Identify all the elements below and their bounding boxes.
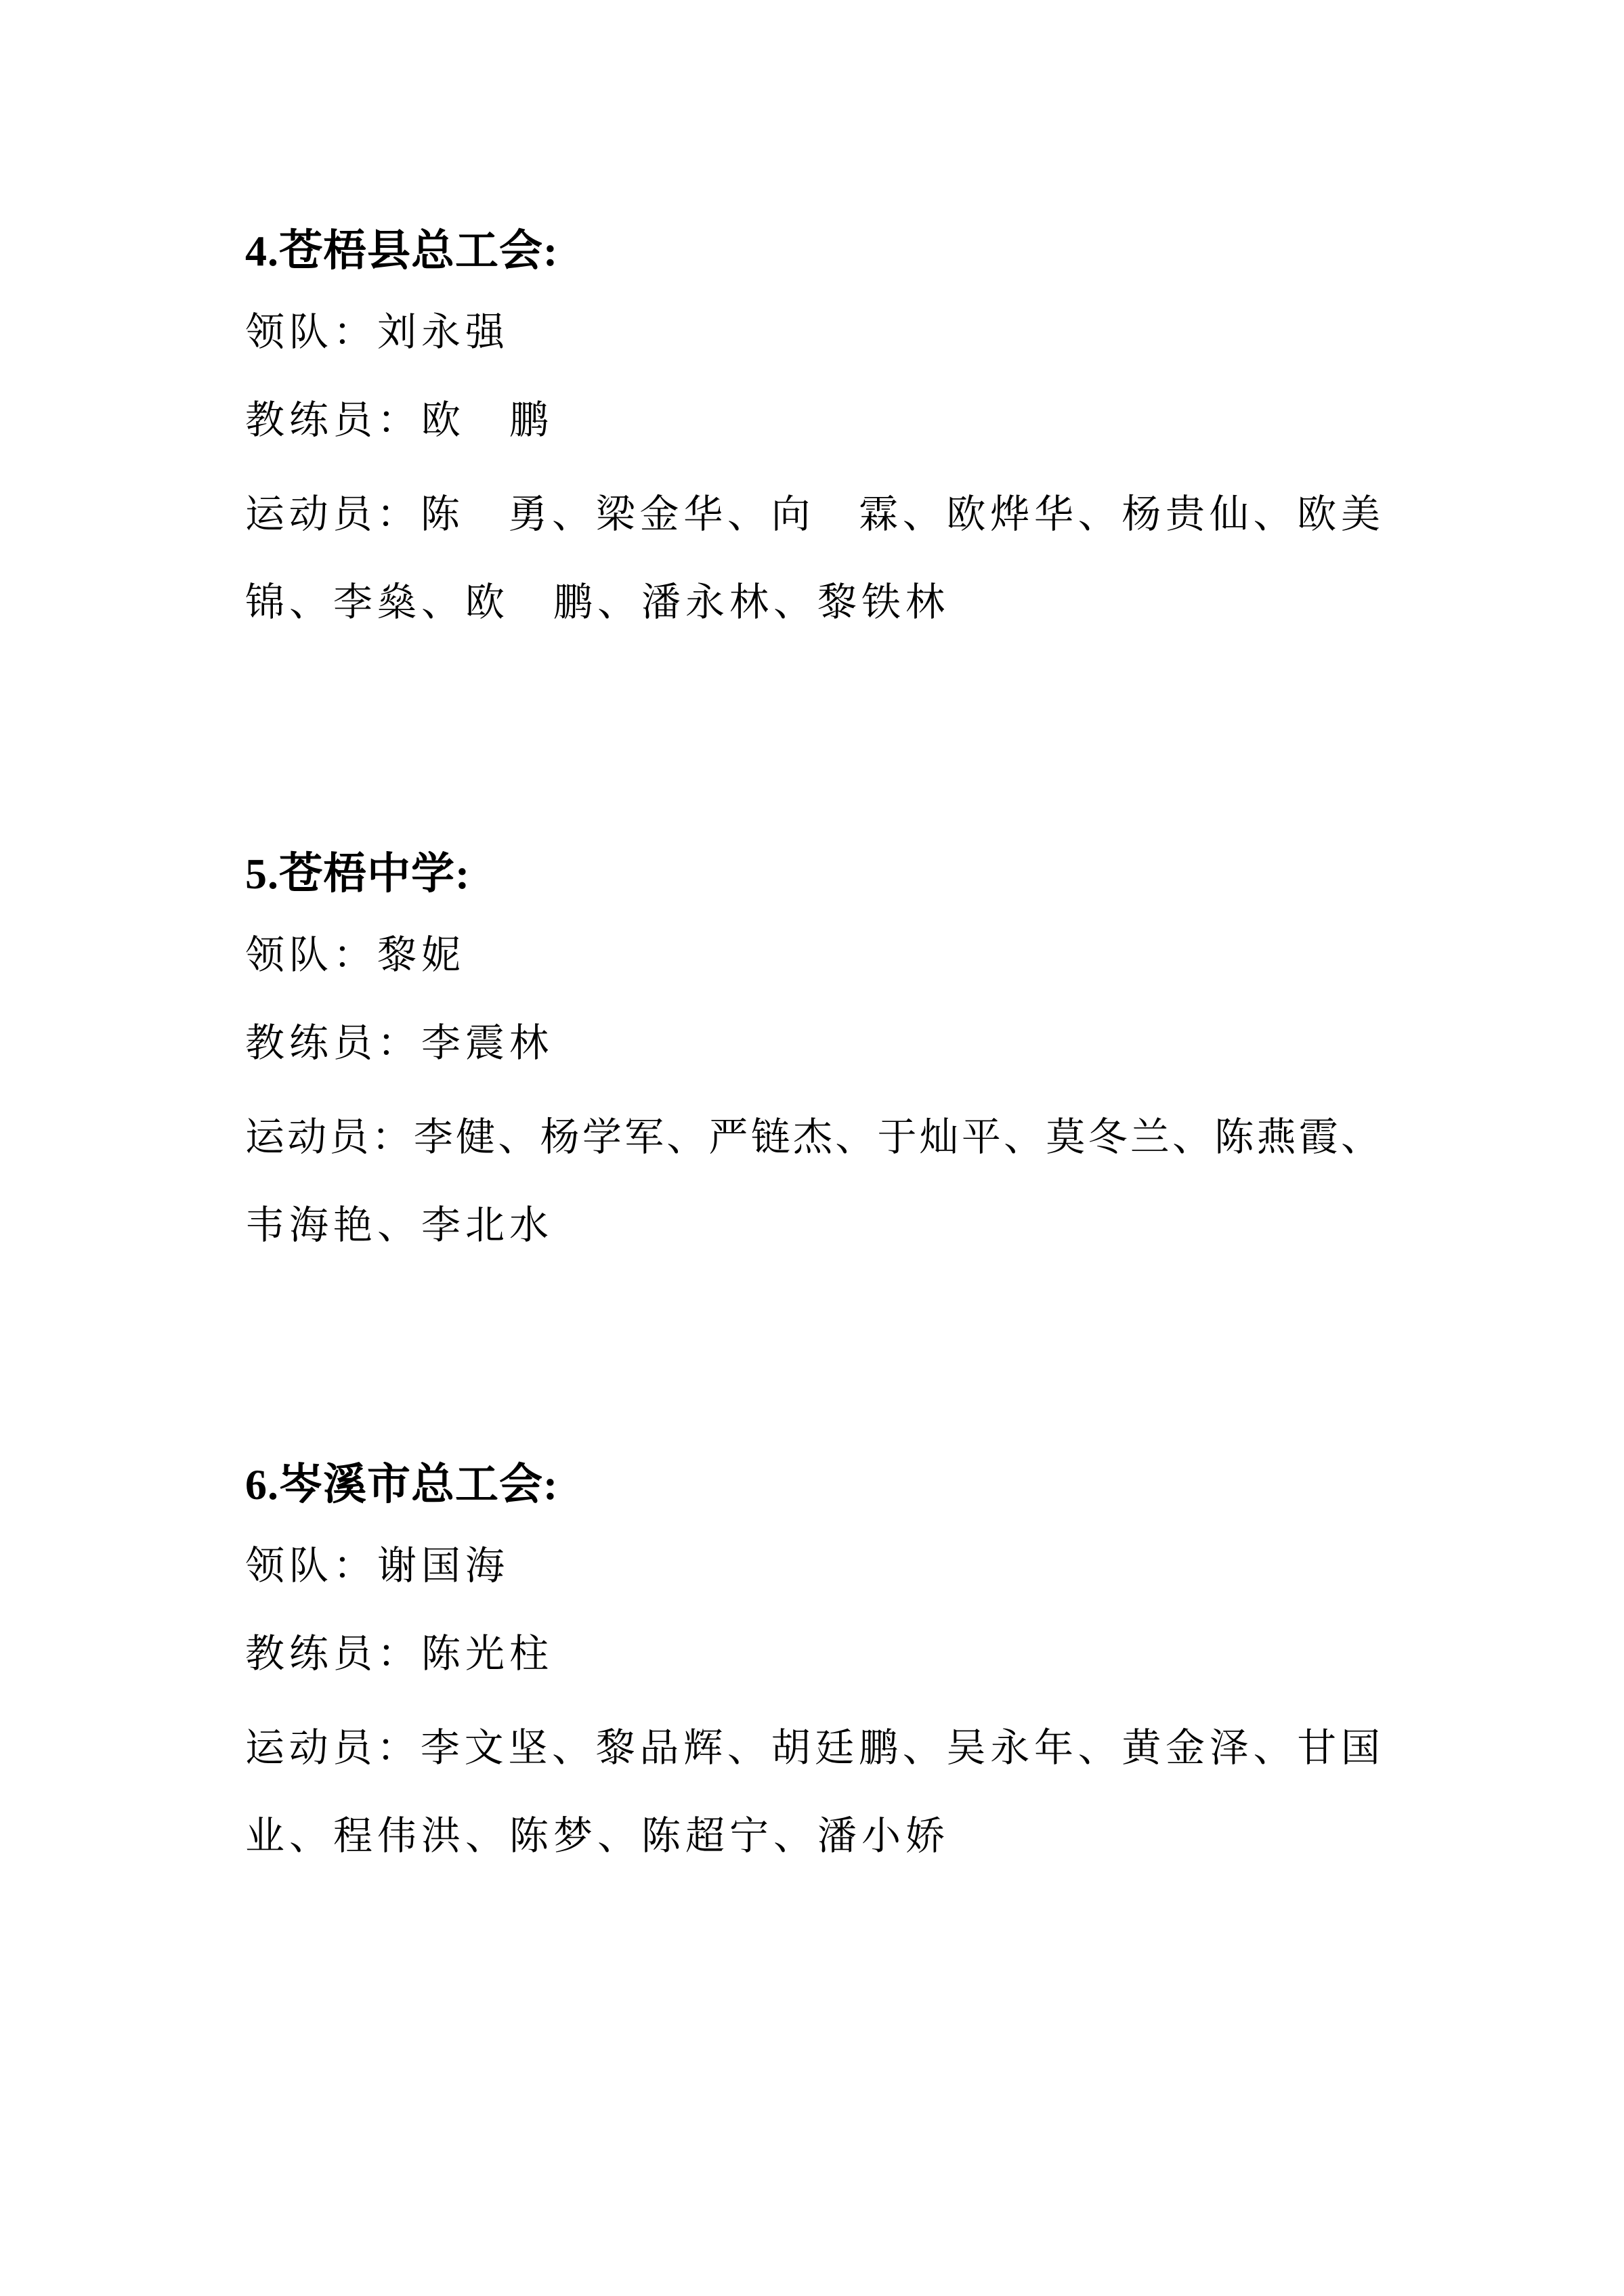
leader-line: 领队：谢国海: [245, 1544, 1380, 1588]
athletes-line-1: 运动员：李健、杨学军、严链杰、于灿平、莫冬兰、陈燕霞、: [245, 1115, 1380, 1159]
document-page: 4.苍梧县总工会: 领队：刘永强 教练员：欧 鹏 运动员：陈 勇、梁金华、向 霖…: [0, 0, 1624, 2296]
athletes-line-2: 锦、李燊、欧 鹏、潘永林、黎铁林: [245, 580, 1380, 624]
coach-line: 教练员：陈光柱: [245, 1632, 1380, 1676]
team-section-6: 6.岑溪市总工会: 领队：谢国海 教练员：陈光柱 运动员：李文坚、黎品辉、胡廷鹏…: [245, 1463, 1380, 1858]
athletes-line-1: 运动员：陈 勇、梁金华、向 霖、欧烨华、杨贵仙、欧美: [245, 492, 1380, 536]
section-heading: 6.岑溪市总工会:: [245, 1463, 1380, 1507]
coach-line: 教练员：欧 鹏: [245, 398, 1380, 442]
team-section-4: 4.苍梧县总工会: 领队：刘永强 教练员：欧 鹏 运动员：陈 勇、梁金华、向 霖…: [245, 229, 1380, 624]
athletes-line-2: 韦海艳、李北水: [245, 1203, 1380, 1247]
athletes-line-1: 运动员：李文坚、黎品辉、胡廷鹏、吴永年、黄金泽、甘国: [245, 1726, 1380, 1770]
leader-line: 领队：刘永强: [245, 310, 1380, 354]
athletes-line-2: 业、程伟洪、陈梦、陈超宁、潘小娇: [245, 1814, 1380, 1858]
team-section-5: 5.苍梧中学: 领队：黎妮 教练员：李震林 运动员：李健、杨学军、严链杰、于灿平…: [245, 852, 1380, 1247]
section-heading: 5.苍梧中学:: [245, 852, 1380, 896]
coach-line: 教练员：李震林: [245, 1021, 1380, 1065]
leader-line: 领队：黎妮: [245, 933, 1380, 977]
section-heading: 4.苍梧县总工会:: [245, 229, 1380, 273]
